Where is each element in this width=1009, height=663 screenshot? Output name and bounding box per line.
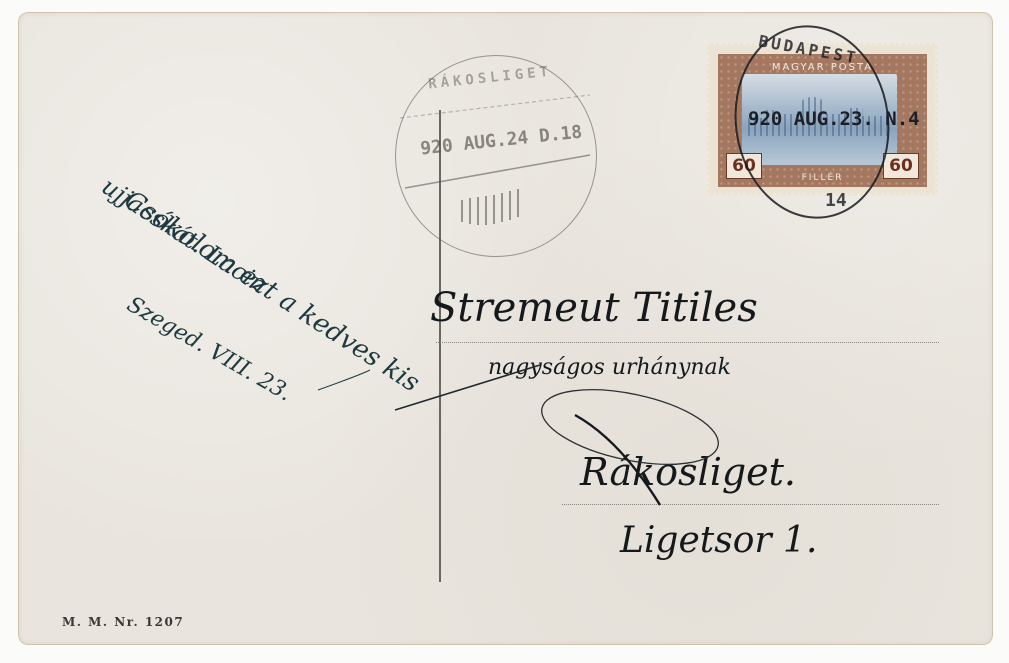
pen-flourishes xyxy=(0,0,1009,663)
